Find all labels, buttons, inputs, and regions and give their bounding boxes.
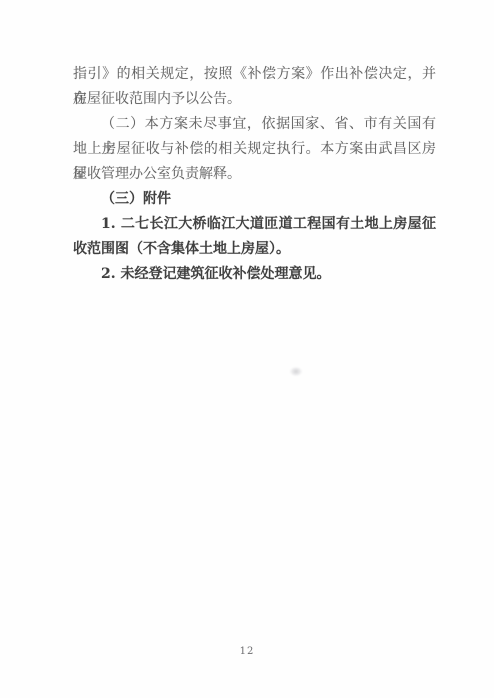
attachment-item: 1. 二七长江大桥临江大道匝道工程国有土地上房屋征 [73, 212, 436, 237]
page-number: 12 [0, 646, 494, 658]
document-page: 指引》的相关规定，按照《补偿方案》作出补偿决定，并在 房屋征收范围内予以公告。 … [0, 0, 494, 698]
doc-line: 地上房屋征收与补偿的相关规定执行。本方案由武昌区房屋 [73, 137, 436, 162]
document-body: 指引》的相关规定，按照《补偿方案》作出补偿决定，并在 房屋征收范围内予以公告。 … [73, 62, 436, 287]
doc-line: 指引》的相关规定，按照《补偿方案》作出补偿决定，并在 [73, 62, 436, 87]
scan-smudge [290, 367, 302, 376]
attachment-item: 收范围图（不含集体土地上房屋）。 [73, 237, 436, 262]
doc-line: 征收管理办公室负责解释。 [73, 162, 436, 187]
doc-line: （二）本方案未尽事宜，依据国家、省、市有关国有土 [73, 112, 436, 137]
attachments-heading: （三）附件 [73, 187, 436, 212]
attachment-item: 2. 未经登记建筑征收补偿处理意见。 [73, 262, 436, 287]
doc-line: 房屋征收范围内予以公告。 [73, 87, 436, 112]
